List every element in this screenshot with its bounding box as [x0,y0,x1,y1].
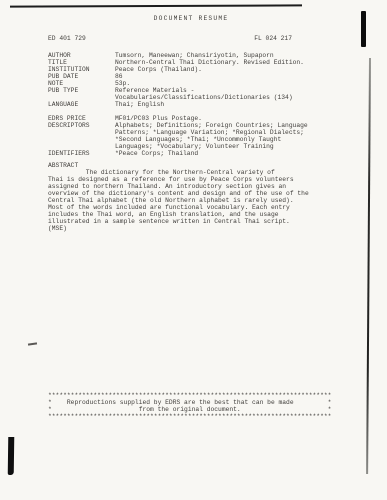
field-row-institution: INSTITUTION Peace Corps (Thailand). [48,66,348,73]
scan-artifact-bottom-left-bar [8,437,15,475]
reproduction-notice-line: ****************************************… [48,392,348,399]
field-value: Tumsorn, Maneewan; Chansiriyotin, Supapo… [115,52,348,59]
field-label: NOTE [48,80,115,87]
field-label: AUTHOR [48,52,115,59]
scan-artifact-right-bar [361,11,366,47]
bibliographic-fields: AUTHOR Tumsorn, Maneewan; Chansiriyotin,… [48,52,348,108]
scan-artifact-top-rule [10,4,302,7]
abstract-text: The dictionary for the Northern-Central … [48,169,348,232]
field-row-author: AUTHOR Tumsorn, Maneewan; Chansiriyotin,… [48,52,348,59]
field-value: Alphabets; Definitions; Foreign Countrie… [115,122,348,150]
field-value: Reference Materials - Vocabularies/Class… [115,87,348,101]
field-label: PUB DATE [48,73,115,80]
field-row-pub-date: PUB DATE 86 [48,73,348,80]
field-value: Thai; English [115,101,348,108]
scan-artifact-page-edge-line [366,58,371,474]
field-label: LANGUAGE [48,101,115,108]
field-value: MF01/PC03 Plus Postage. [115,115,348,122]
field-label: EDRS PRICE [48,115,115,122]
scan-artifact-speck [28,342,37,345]
reproduction-notice-line: * Reproductions supplied by EDRS are the… [48,399,348,406]
field-value: Northern-Central Thai Dictionary. Revise… [115,59,348,66]
field-row-pub-type: PUB TYPE Reference Materials - Vocabular… [48,87,348,101]
document-resume-page: DOCUMENT RESUME ED 401 729 FL 024 217 AU… [0,0,387,500]
field-value: 53p. [115,80,348,87]
accession-number-line: ED 401 729 FL 024 217 [48,35,330,42]
field-value: Peace Corps (Thailand). [115,66,348,73]
field-label: IDENTIFIERS [48,150,115,157]
field-row-language: LANGUAGE Thai; English [48,101,348,108]
field-row-title: TITLE Northern-Central Thai Dictionary. … [48,59,348,66]
document-resume-title: DOCUMENT RESUME [48,15,334,22]
field-row-identifiers: IDENTIFIERS *Peace Corps; Thailand [48,150,348,157]
field-label: INSTITUTION [48,66,115,73]
indexing-fields: EDRS PRICE MF01/PC03 Plus Postage. DESCR… [48,115,348,157]
abstract-heading: ABSTRACT [48,162,348,169]
reproduction-notice-line: * from the original document. * [48,406,348,413]
field-value: 86 [115,73,348,80]
field-value: *Peace Corps; Thailand [115,150,348,157]
clearinghouse-number: FL 024 217 [254,35,292,42]
field-label: DESCRIPTORS [48,122,115,129]
field-label: PUB TYPE [48,87,115,94]
field-row-edrs-price: EDRS PRICE MF01/PC03 Plus Postage. [48,115,348,122]
field-row-descriptors: DESCRIPTORS Alphabets; Definitions; Fore… [48,122,348,150]
ed-number: ED 401 729 [48,35,86,42]
field-row-note: NOTE 53p. [48,80,348,87]
abstract-section: ABSTRACT The dictionary for the Northern… [48,162,348,232]
field-label: TITLE [48,59,115,66]
reproduction-notice-line: ****************************************… [48,413,348,420]
reproduction-notice: ****************************************… [48,392,348,420]
